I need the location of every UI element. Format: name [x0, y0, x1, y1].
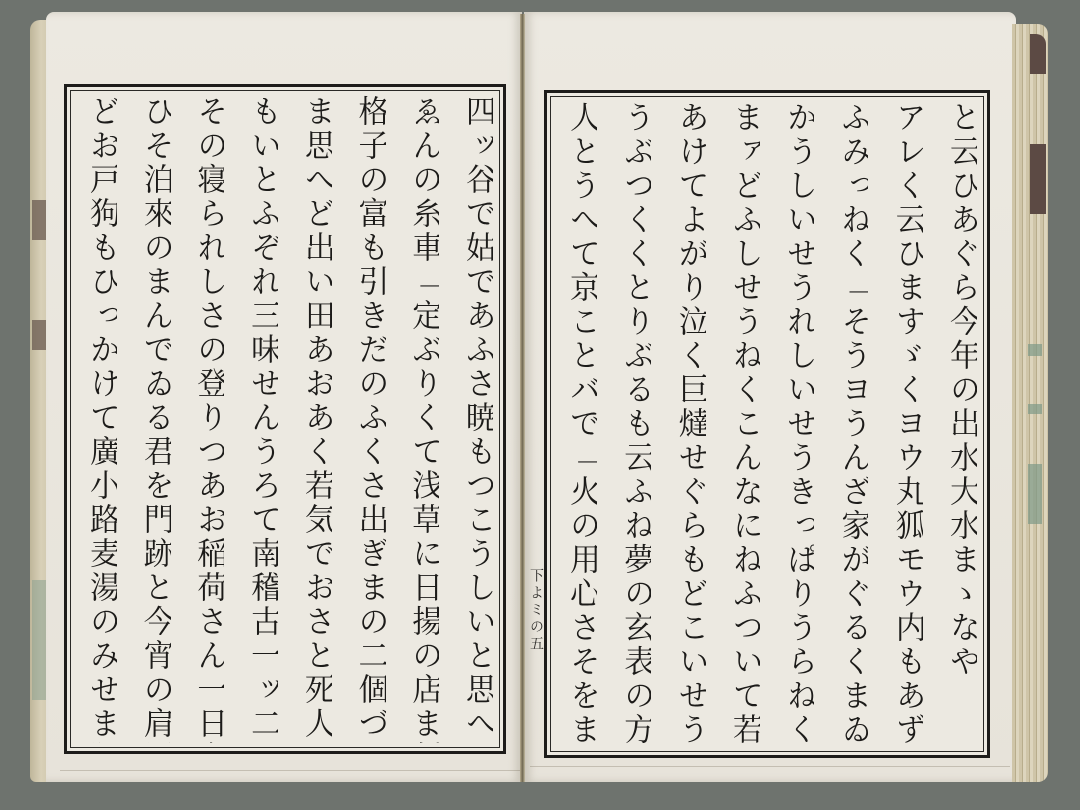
- right-column-4: かうしいせうれしいせうきっぱりうらねく「ヨヤ: [774, 101, 814, 747]
- right-column-5: まァどふしせうねくこんなにねふついて若くさがないと大多: [720, 101, 760, 747]
- open-book: 四ッ谷で姑であふさ暁もつこうしいと思へるも因果 ゑんの糸車「定ぶりくて浅草に日揚…: [0, 0, 1080, 810]
- right-column-6: あけてよがり泣く巨燵せぐらもどこいせう蒲團ハいつ: [666, 101, 706, 747]
- page-crease: [530, 766, 1010, 767]
- right-column-7: うぶつくくとりぶるも云ふね夢の玄表の方ま: [611, 101, 651, 747]
- book-gutter: [520, 14, 525, 782]
- left-page-text-frame: 四ッ谷で姑であふさ暁もつこうしいと思へるも因果 ゑんの糸車「定ぶりくて浅草に日揚…: [64, 84, 506, 754]
- page-crease: [60, 770, 520, 771]
- right-page-text-frame: と云ひあぐら今年の出水大水まゝなや アレく云ひますゞくヨウ丸狐モウ内もあずれ ふ…: [544, 90, 990, 758]
- left-column-6: その寝られしさの登りつあお稲荷さん一日参の念が庵: [184, 95, 224, 743]
- left-column-2: ゑんの糸車「定ぶりくて浅草に日揚の店ま仮宅乃: [399, 95, 439, 743]
- right-page-stack: [1012, 24, 1048, 782]
- left-column-8: どお戸狗もひっかけて廣小路麦湯のみせま腰ふ八軒: [77, 95, 117, 743]
- left-column-5: もいとふぞれ三味せんうろて南稽古一ッ二ッ上るさと死: [238, 95, 278, 743]
- left-column-7: ひそ泊來のまんでゐる君を門跡と今宵の肩尾の花川: [131, 95, 171, 743]
- left-column-4: ま思へど出い田あおあく若気でおさと死人のう死名: [292, 95, 332, 743]
- left-column-3: 格子の富も引きだのふくさ出ぎまの二個づまれん: [346, 95, 386, 743]
- folio-page-number: 下よミの五: [526, 568, 546, 653]
- right-column-2: アレく云ひますゞくヨウ丸狐モウ内もあずれ: [883, 101, 923, 747]
- right-column-8: 人とうへて京ことバで「火の用心さそをまゆかんこくさいる: [557, 101, 597, 747]
- left-column-1: 四ッ谷で姑であふさ暁もつこうしいと思へるも因果: [453, 95, 493, 743]
- right-column-3: ふみっねく「そうヨうんざ家がぐるくまゐるせ: [828, 101, 868, 747]
- right-column-1: と云ひあぐら今年の出水大水まゝなや: [937, 101, 977, 747]
